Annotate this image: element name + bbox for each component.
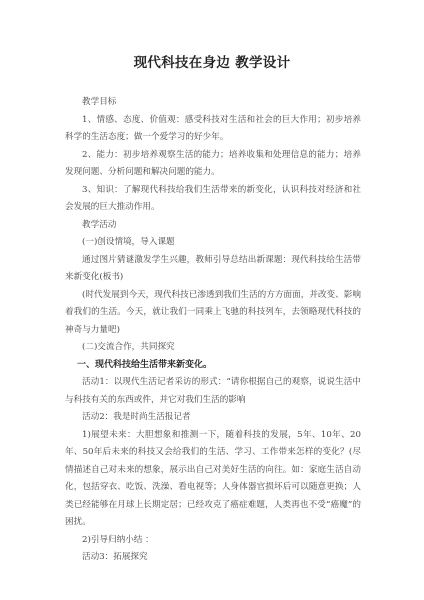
part-one-quote: (时代发展到今天，现代科技已渗透到我们生活的方方面面，并改变、影响着我们的生活。… bbox=[65, 287, 361, 340]
activity-one: 活动1：以现代生活记者采访的形式：“请你根据自己的观察，说说生活中与科技有关的东… bbox=[65, 374, 361, 409]
goal-knowledge: 3、知识：了解现代科技给我们生活带来的新变化，认识科技对经济和社会发展的巨大推动… bbox=[65, 182, 361, 217]
part-one-heading: (一)创设情境，导入课题 bbox=[65, 234, 361, 252]
part-one-intro: 通过图片猜谜激发学生兴趣，教师引导总结出新课题：现代科技给生活带来新变化(板书) bbox=[65, 252, 361, 287]
activity-two-item-one: 1)展望未来：大胆想象和推测一下，随着科技的发展，5年、10年、20年、50年后… bbox=[65, 427, 361, 532]
part-two-heading: (二)交流合作，共同探究 bbox=[65, 339, 361, 357]
document-page: 现代科技在身边 教学设计 教学目标 1、情感、态度、价值观：感受科技对生活和社会… bbox=[0, 0, 424, 600]
document-title: 现代科技在身边 教学设计 bbox=[0, 54, 424, 72]
activity-three-heading: 活动3：拓展探究 bbox=[65, 549, 361, 567]
teaching-goals-heading: 教学目标 bbox=[65, 94, 361, 112]
section-one-heading: 一、现代科技给生活带来新变化。 bbox=[65, 357, 361, 375]
document-body: 教学目标 1、情感、态度、价值观：感受科技对生活和社会的巨大作用；初步培养科学的… bbox=[65, 94, 361, 567]
activity-two-heading: 活动2：我是时尚生活报记者 bbox=[65, 409, 361, 427]
teaching-activities-heading: 教学活动 bbox=[65, 217, 361, 235]
goal-ability: 2、能力：初步培养观察生活的能力；培养收集和处理信息的能力；培养发现问题、分析问… bbox=[65, 147, 361, 182]
goal-emotion-attitude: 1、情感、态度、价值观：感受科技对生活和社会的巨大作用；初步培养科学的生活态度；… bbox=[65, 112, 361, 147]
activity-two-item-two: 2)引导归纳小结 ： bbox=[65, 532, 361, 550]
